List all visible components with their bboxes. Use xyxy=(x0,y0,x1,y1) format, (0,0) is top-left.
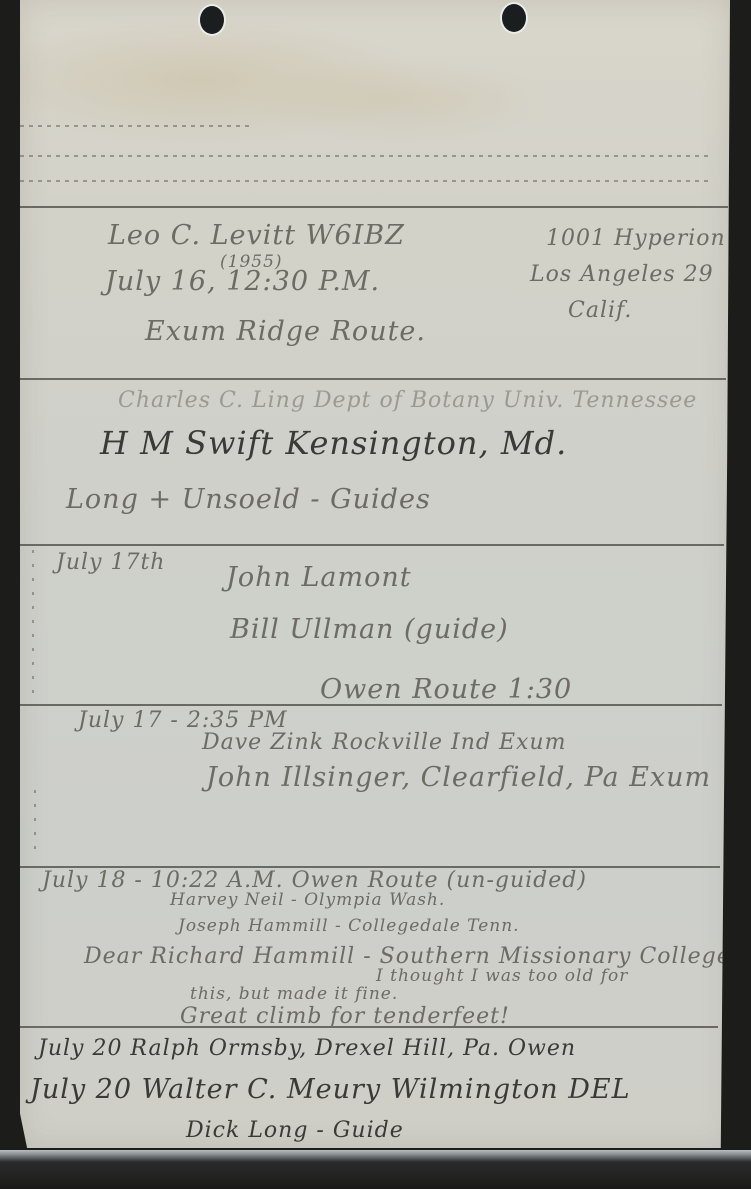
punch-hole-right xyxy=(502,4,526,32)
entry-address-city: Los Angeles 29 xyxy=(530,262,714,287)
entry-name-location: Joseph Hammill - Collegedale Tenn. xyxy=(178,916,520,936)
entry-route-time: Owen Route 1:30 xyxy=(320,674,572,705)
entry-name: John Lamont xyxy=(226,562,412,593)
entry-address-street: 1001 Hyperion Ave xyxy=(546,226,751,251)
margin-dots xyxy=(34,790,36,860)
entry-guides: Long + Unsoeld - Guides xyxy=(66,484,431,515)
entry-route: Exum Ridge Route. xyxy=(145,316,426,347)
rule-line xyxy=(20,544,724,546)
entry-name-location: H M Swift Kensington, Md. xyxy=(100,424,567,462)
entry-date: July 17th xyxy=(56,550,165,575)
register-page: Leo C. Levitt W6IBZ (1955) July 16, 12:3… xyxy=(20,0,730,1148)
rule-line xyxy=(20,206,728,208)
entry-name: Leo C. Levitt W6IBZ xyxy=(108,220,405,251)
entry-date-name-location: July 20 Ralph Ormsby, Drexel Hill, Pa. O… xyxy=(38,1036,576,1061)
faded-print-line xyxy=(20,180,710,182)
rule-line xyxy=(20,378,726,380)
entry-address-state: Calif. xyxy=(568,298,632,323)
faded-print-line xyxy=(20,125,250,127)
entry-name-route: Dave Zink Rockville Ind Exum xyxy=(202,730,566,755)
entry-guide: Bill Ullman (guide) xyxy=(230,614,509,645)
entry-name-route: John Illsinger, Clearfield, Pa Exum xyxy=(206,762,711,793)
entry-comment: I thought I was too old for xyxy=(376,966,628,986)
entry-guide: Dick Long - Guide xyxy=(186,1118,404,1143)
entry-date-name-location: July 20 Walter C. Meury Wilmington DEL xyxy=(30,1074,631,1105)
mount-backing xyxy=(0,1150,751,1189)
entry-name-location: Harvey Neil - Olympia Wash. xyxy=(170,890,445,910)
entry-name-affiliation: Charles C. Ling Dept of Botany Univ. Ten… xyxy=(118,388,697,413)
entry-date-time: July 16, 12:30 P.M. xyxy=(105,266,380,297)
entry-comment: this, but made it fine. xyxy=(190,984,398,1004)
punch-hole-left xyxy=(200,6,224,34)
entry-comment: Great climb for tenderfeet! xyxy=(180,1004,510,1029)
faded-print-line xyxy=(20,155,710,157)
margin-dots xyxy=(32,550,34,700)
